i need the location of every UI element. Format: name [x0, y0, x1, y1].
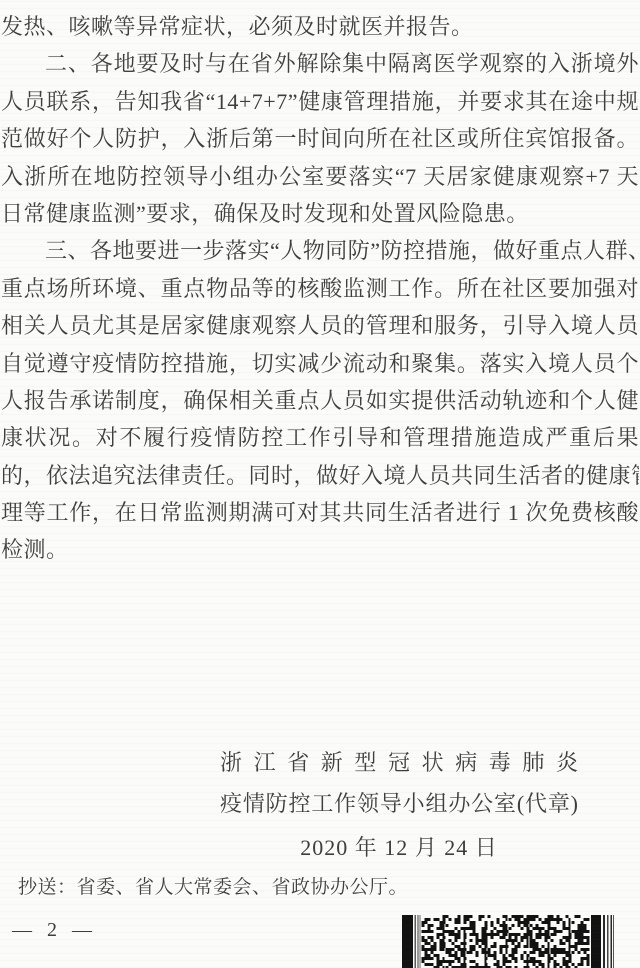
- body-text-line: 日常健康监测”要求，确保及时发现和处置风险隐患。: [1, 195, 639, 232]
- body-text-line: 范做好个人防护，入浙后第一时间向所在社区或所住宾馆报备。: [1, 120, 639, 157]
- barcode-graphic: [402, 915, 614, 968]
- page-number: — 2 —: [12, 916, 97, 944]
- signature-org-line-1: 浙江省新型冠状病毒肺炎: [220, 742, 578, 783]
- body-text-line: 发热、咳嗽等异常症状，必须及时就医并报告。: [1, 8, 639, 45]
- cc-line: 抄送：省委、省人大常委会、省政协办公厅。: [18, 873, 408, 903]
- body-text: 发热、咳嗽等异常症状，必须及时就医并报告。 二、各地要及时与在省外解除集中隔离医…: [1, 8, 639, 569]
- signature-date: 2020 年 12 月 24 日: [220, 827, 578, 868]
- body-text-line: 入浙所在地防控领导小组办公室要落实“7 天居家健康观察+7 天: [1, 158, 639, 195]
- body-text-line: 二、各地要及时与在省外解除集中隔离医学观察的入浙境外: [1, 45, 639, 82]
- body-text-line: 三、各地要进一步落实“人物同防”防控措施，做好重点人群、: [1, 232, 639, 269]
- body-text-line: 自觉遵守疫情防控措施，切实减少流动和聚集。落实入境人员个: [1, 345, 639, 382]
- body-text-line: 人员联系，告知我省“14+7+7”健康管理措施，并要求其在途中规: [1, 83, 639, 120]
- document-page: 发热、咳嗽等异常症状，必须及时就医并报告。 二、各地要及时与在省外解除集中隔离医…: [0, 0, 640, 968]
- body-text-line: 康状况。对不履行疫情防控工作引导和管理措施造成严重后果: [1, 419, 639, 456]
- body-text-line: 的，依法追究法律责任。同时，做好入境人员共同生活者的健康管: [1, 457, 639, 494]
- signature-block: 浙江省新型冠状病毒肺炎 疫情防控工作领导小组办公室(代章) 2020 年 12 …: [220, 742, 578, 868]
- body-text-line: 相关人员尤其是居家健康观察人员的管理和服务，引导入境人员: [1, 307, 639, 344]
- body-text-line: 重点场所环境、重点物品等的核酸监测工作。所在社区要加强对: [1, 270, 639, 307]
- signature-org-line-2: 疫情防控工作领导小组办公室(代章): [220, 783, 578, 824]
- barcode-icon: [402, 915, 614, 968]
- body-text-line: 检测。: [1, 531, 639, 568]
- body-text-line: 理等工作，在日常监测期满可对其共同生活者进行 1 次免费核酸: [1, 494, 639, 531]
- body-text-line: 人报告承诺制度，确保相关重点人员如实提供活动轨迹和个人健: [1, 382, 639, 419]
